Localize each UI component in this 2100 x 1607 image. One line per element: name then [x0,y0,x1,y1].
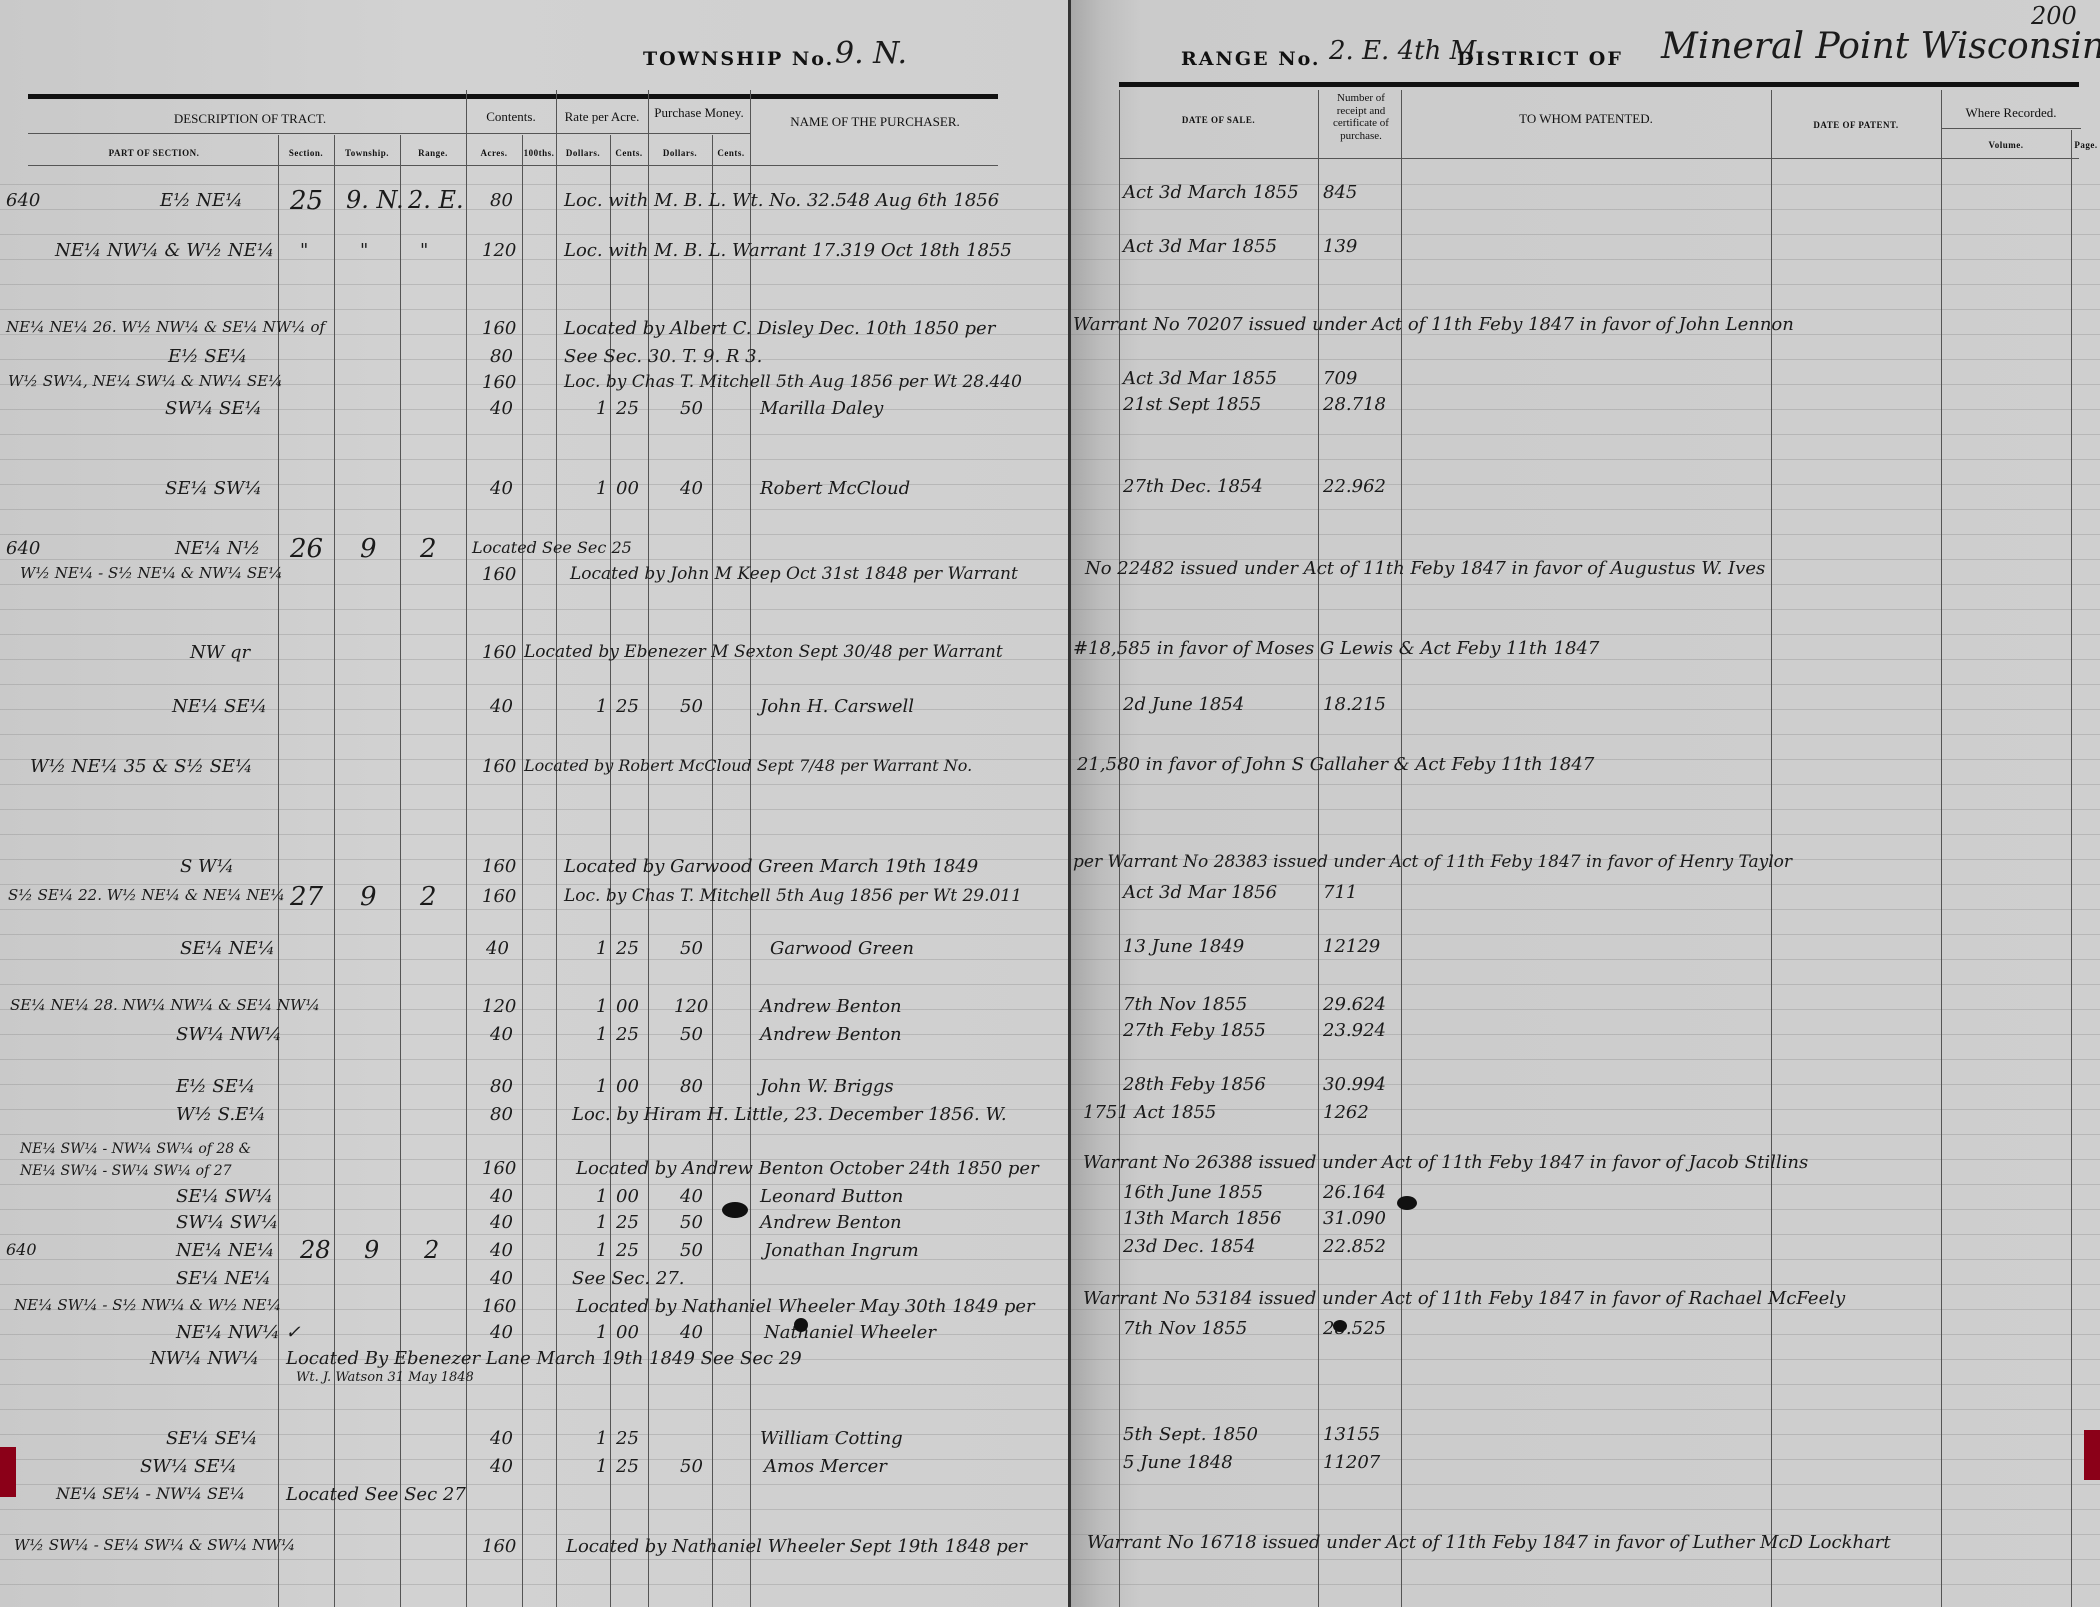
header-township: Township. [334,148,400,158]
header-purchase-money: Purchase Money. [648,106,750,121]
header-page: Page. [2071,140,2100,150]
receipt-number: 845 [1323,182,1357,203]
header-receipt-number: Number of receipt and certificate of pur… [1321,92,1401,143]
ink-blot [722,1202,748,1218]
header-description-of-tract: DESCRIPTION OF TRACT. [60,112,440,127]
header-to-whom-patented: TO WHOM PATENTED. [1401,112,1771,127]
header-money-dollars: Dollars. [648,148,712,158]
header-name-of-purchaser: NAME OF THE PURCHASER. [755,115,995,130]
district-value: Mineral Point Wisconsin [1661,26,2100,67]
right-ledger-page: RANGE No. 2. E. 4th M. DISTRICT OF Miner… [1071,0,2100,1607]
row-part: E½ NE¼ [160,190,243,211]
header-rate-cents: Cents. [610,148,648,158]
left-ledger-page: TOWNSHIP No. 9. N. DESCRIPTION OF TRACT.… [0,0,1071,1607]
header-date-of-sale: DATE OF SALE. [1119,115,1318,125]
header-rule [1119,82,2079,87]
header-contents: Contents. [466,110,556,125]
sale-date: Act 3d March 1855 [1123,182,1299,203]
row-margin-note: 640 [6,190,40,211]
range-label: RANGE No. [1181,48,1321,70]
header-rate-per-acre: Rate per Acre. [556,110,648,125]
header-date-of-patent: DATE OF PATENT. [1771,120,1941,130]
ink-blot [794,1318,808,1332]
township-value: 9. N. [835,36,907,71]
header-money-cents: Cents. [712,148,750,158]
header-hundredths: 100ths. [522,148,556,158]
township-label: TOWNSHIP No. [643,48,834,70]
row-purchaser: Loc. with M. B. L. Wt. No. 32.548 Aug 6t… [564,190,999,211]
header-acres: Acres. [466,148,522,158]
ink-blot [1333,1320,1347,1332]
header-rule [28,94,998,99]
district-label: DISTRICT OF [1457,48,1623,70]
header-section: Section. [278,148,334,158]
header-rate-dollars: Dollars. [556,148,610,158]
header-range: Range. [400,148,466,158]
header-part-of-section: PART OF SECTION. [30,148,278,158]
page-number: 200 [2031,2,2077,30]
red-page-marker-left [0,1447,16,1497]
header-volume: Volume. [1941,140,2071,150]
patent-note: Warrant No 70207 issued under Act of 11t… [1073,314,1794,335]
red-page-marker-right [2084,1430,2100,1480]
header-where-recorded: Where Recorded. [1943,106,2079,121]
ink-blot [1397,1196,1417,1210]
